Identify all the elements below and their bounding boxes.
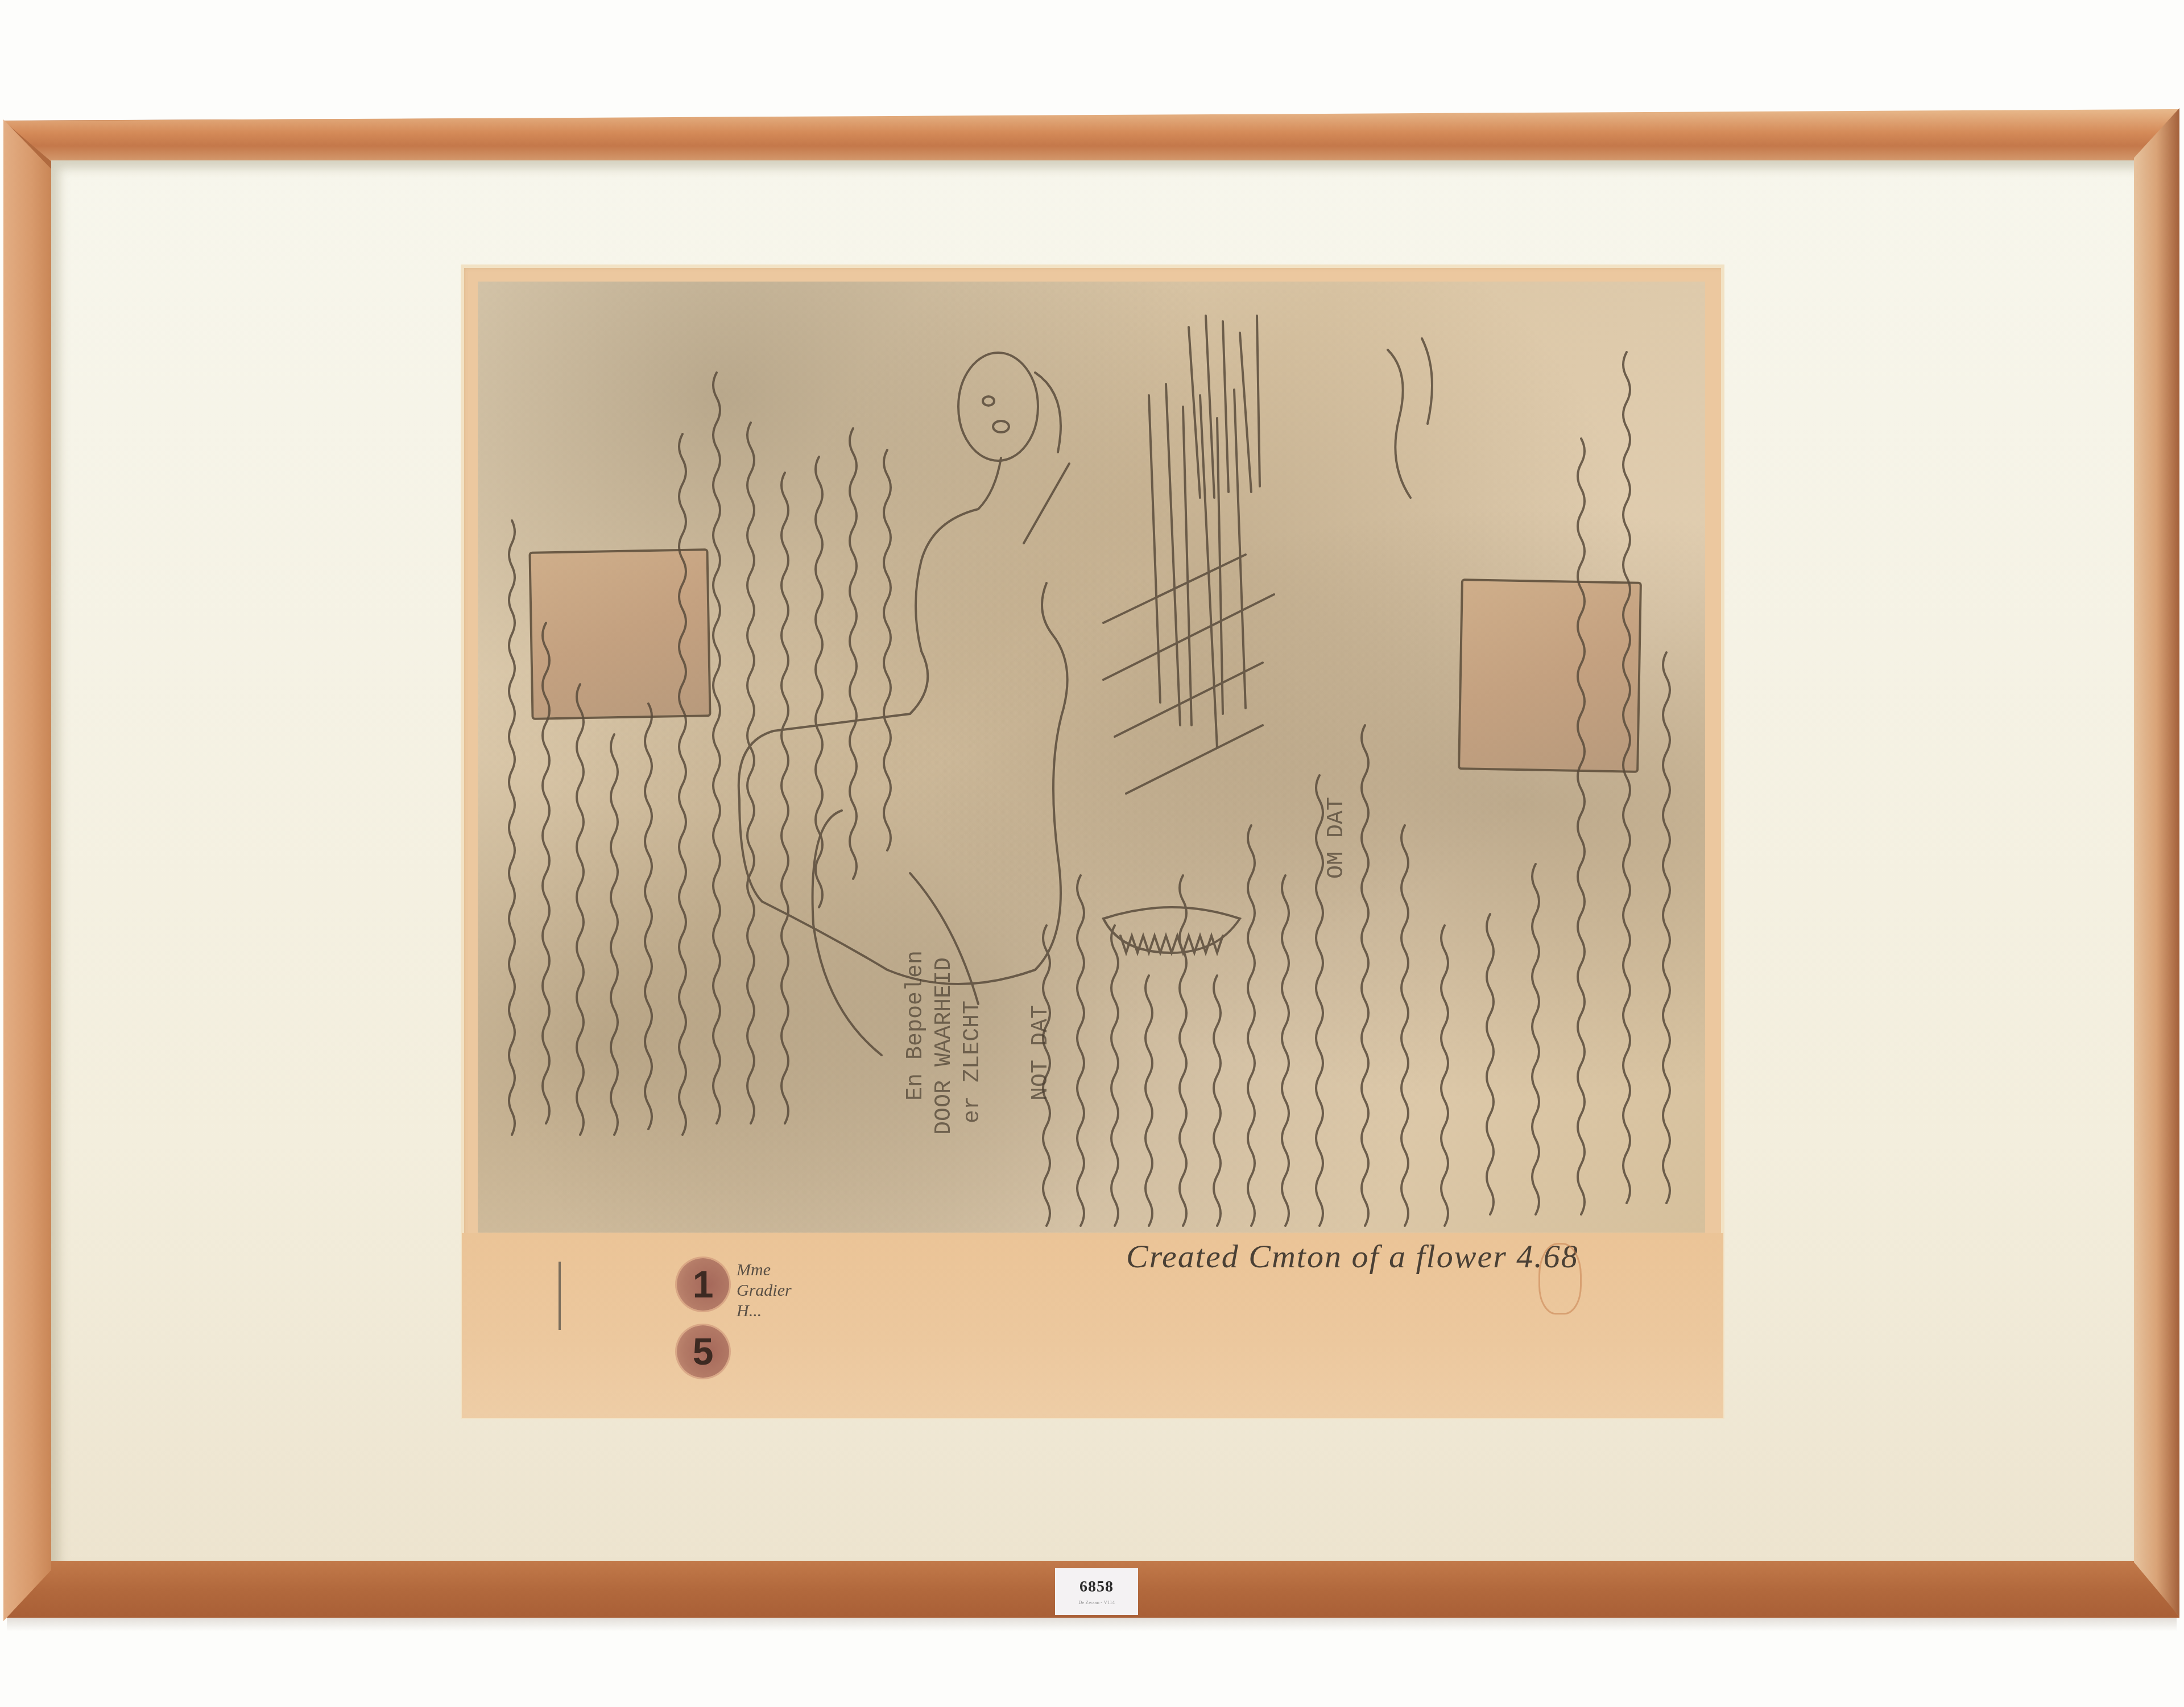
svg-text:er ZLECHT: er ZLECHT bbox=[960, 1001, 986, 1123]
svg-text:DOOR WAARHEID: DOOR WAARHEID bbox=[932, 957, 957, 1135]
pencil-note-line-2: Gradier bbox=[737, 1280, 833, 1301]
foxing-stain bbox=[1538, 1243, 1582, 1315]
pencil-margin-line bbox=[559, 1262, 561, 1330]
frame-top-rail bbox=[3, 109, 2179, 162]
frame-right-rail bbox=[2134, 108, 2179, 1617]
svg-text:OM DAT: OM DAT bbox=[1324, 797, 1350, 879]
frame-left-rail bbox=[3, 119, 51, 1621]
collector-stamp-1: 1 bbox=[677, 1258, 729, 1311]
etched-drawing: En Bepoelen DOOR WAARHEID er ZLECHT NOT … bbox=[478, 282, 1705, 1233]
artist-signature: Created Cmton of a flower 4.68 bbox=[1126, 1237, 1570, 1271]
pencil-inscription: Mme Gradier H... bbox=[737, 1260, 833, 1321]
pencil-note-line-1: Mme bbox=[737, 1260, 833, 1280]
svg-text:En Bepoelen: En Bepoelen bbox=[903, 950, 929, 1101]
stamp-1-label: 1 bbox=[693, 1263, 714, 1306]
stamp-2-label: 5 bbox=[693, 1330, 714, 1373]
pencil-note-line-3: H... bbox=[737, 1301, 833, 1321]
lot-number: 6858 bbox=[1079, 1578, 1114, 1596]
collector-stamp-2: 5 bbox=[677, 1325, 729, 1378]
lot-subtitle: De Zwaan - V114 bbox=[1078, 1599, 1115, 1605]
framed-artwork-photo: En Bepoelen DOOR WAARHEID er ZLECHT NOT … bbox=[0, 0, 2184, 1707]
auction-lot-label: 6858 De Zwaan - V114 bbox=[1055, 1568, 1138, 1615]
etched-plate: En Bepoelen DOOR WAARHEID er ZLECHT NOT … bbox=[478, 282, 1705, 1233]
svg-text:NOT DAT: NOT DAT bbox=[1028, 1005, 1054, 1101]
